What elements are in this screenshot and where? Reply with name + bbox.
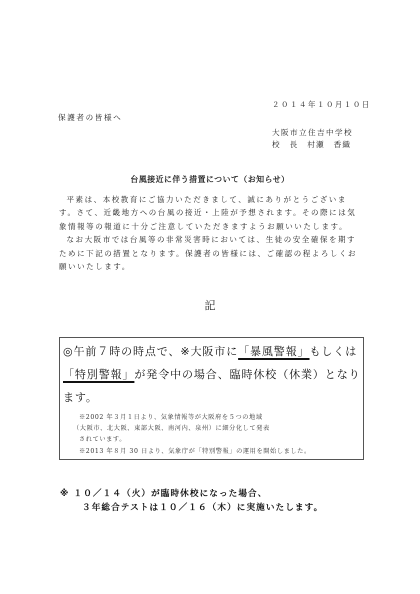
notice-line-1: ◎午前７時の時点で、※大阪市に「暴風警報」もしくは — [63, 343, 357, 359]
ki-heading: 記 — [0, 297, 420, 313]
note: されています。 — [79, 434, 126, 443]
document-title: 台風接近に伴う措置について（お知らせ） — [0, 174, 420, 185]
note: （大阪市、北大阪、東部大阪、南河内、泉州）に細分化して発表 — [73, 423, 270, 432]
school-name: 大阪市立住吉中学校 — [272, 127, 353, 138]
note: ※2013 年８月 30 日より、気象庁が「特別警報」の運用を開始しました。 — [79, 446, 311, 455]
body-paragraph: 平素は、本校教育にご協力いただきまして、誠にありがとうございます。さて、近畿地方… — [59, 193, 363, 233]
body-paragraph: なお大阪市では台風等の非常災害時においては、生徒の安全確保を期すために下記の措置… — [59, 233, 363, 273]
footer-note-line-1: ※ １０／１４（火）が臨時休校になった場合、 — [60, 487, 267, 499]
notice-text: もしくは — [310, 345, 358, 358]
principal-name: 村瀬 香織 — [307, 139, 351, 150]
storm-warning-text: 「暴風警報」 — [238, 345, 309, 358]
body-text: 平素は、本校教育にご協力いただきまして、誠にありがとうございます。さて、近畿地方… — [59, 193, 363, 273]
notice-box: ◎午前７時の時点で、※大阪市に「暴風警報」もしくは 「特別警報」が発令中の場合、… — [59, 337, 364, 460]
note: ※2002 年３月１日より、気象情報等が大阪府を５つの地域 — [79, 412, 263, 421]
notice-text: ◎午前７時の時点で、※大阪市に — [63, 345, 238, 358]
notice-text: が発令中の場合、臨時休校（休業）となり — [134, 368, 360, 381]
footer-note-line-2: ３年総合テストは１０／１６（木）に実施いたします。 — [82, 501, 323, 513]
notice-line-2: 「特別警報」が発令中の場合、臨時休校（休業）となり — [63, 366, 361, 382]
principal-title: 校 長 — [272, 139, 298, 150]
special-warning-text: 「特別警報」 — [63, 368, 134, 381]
addressee: 保護者の皆様へ — [58, 112, 122, 123]
notice-line-3: ます。 — [63, 389, 98, 405]
document-date: ２０１４年１０月１０日 — [272, 99, 371, 110]
principal: 校 長 村瀬 香織 — [272, 139, 351, 150]
